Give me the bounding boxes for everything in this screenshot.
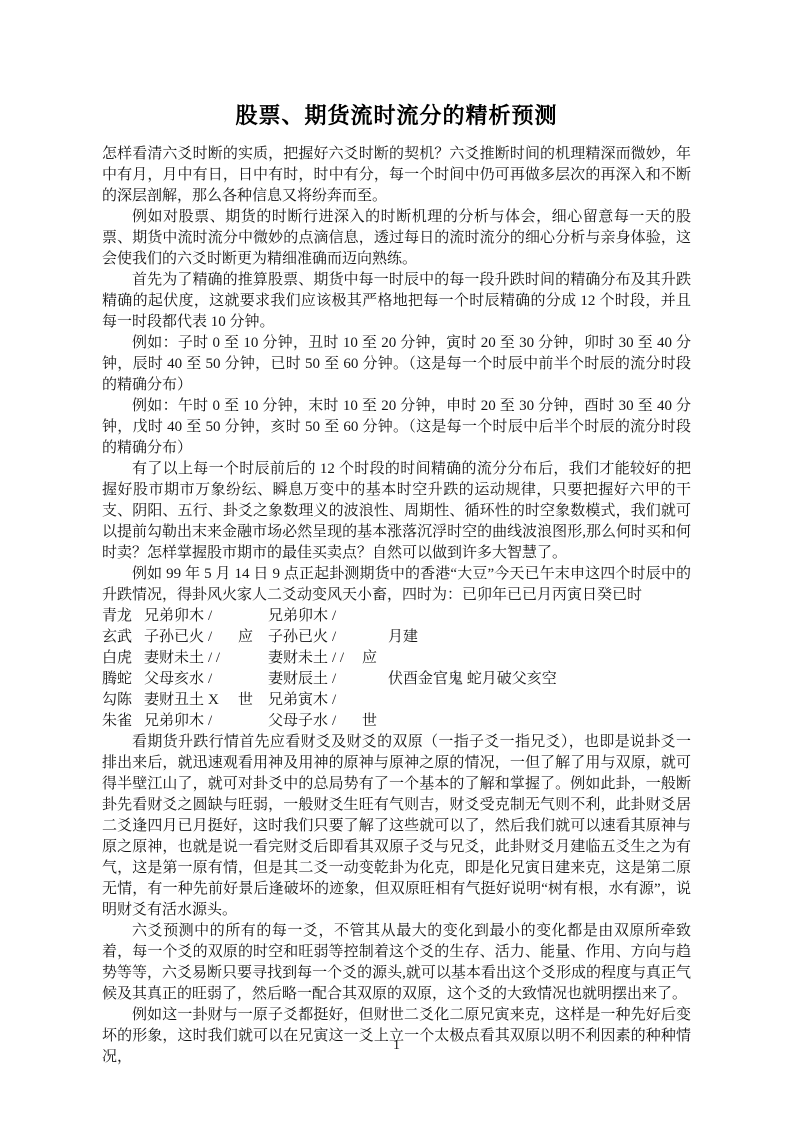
main-line-symbol: / [208,627,238,648]
line-annotation [388,690,691,711]
line-annotation: 伏酉金官鬼 蛇月破父亥空 [388,669,691,690]
changed-line-marker [362,669,388,690]
main-line-label: 兄弟卯木 [144,606,208,627]
changed-line-marker [362,627,388,648]
main-line-marker [238,711,268,732]
document-body: 怎样看清六爻时断的实质，把握好六爻时断的契机？六爻推断时间的机理精深而微妙，年中… [102,144,691,1068]
document-page: 股票、期货流时流分的精析预测 怎样看清六爻时断的实质，把握好六爻时断的契机？六爻… [0,0,793,1122]
paragraph-market-patterns: 有了以上每一个时辰前后的 12 个时段的时间精确的流分分布后，我们才能较好的把握… [102,459,691,564]
changed-line-label: 子孙已火 [268,627,332,648]
changed-line-symbol: / / [332,648,362,669]
document-title: 股票、期货流时流分的精析预测 [102,101,691,131]
hexagram-row: 腾蛇 父母亥水 / 妻财辰土 / 伏酉金官鬼 蛇月破父亥空 [102,669,691,690]
paragraph-first-half-hours: 例如：子时 0 至 10 分钟，丑时 10 至 20 分钟，寅时 20 至 30… [102,333,691,396]
main-line-label: 妻财未土 [144,648,208,669]
paragraph-wealth-line-analysis: 看期货升跌行情首先应看财爻及财爻的双原（一指子爻一指兄爻），也即是说卦爻一排出来… [102,732,691,921]
main-line-marker [238,648,268,669]
six-god-label: 青龙 [102,606,144,627]
main-line-label: 子孙已火 [144,627,208,648]
main-line-symbol: / [208,711,238,732]
changed-line-label: 兄弟卯木 [268,606,332,627]
main-line-symbol: / [208,669,238,690]
hexagram-row: 青龙 兄弟卯木 / 兄弟卯木 / [102,606,691,627]
line-annotation [388,648,691,669]
changed-line-marker: 应 [362,648,388,669]
main-line-label: 妻财丑土 [144,690,208,711]
changed-line-symbol: / [332,669,362,690]
changed-line-symbol: / [332,627,362,648]
main-line-marker [238,606,268,627]
main-line-symbol: / / [208,648,238,669]
six-god-label: 白虎 [102,648,144,669]
changed-line-label: 妻财辰土 [268,669,332,690]
changed-line-symbol: / [332,606,362,627]
line-annotation [388,606,691,627]
changed-line-symbol: / [332,690,362,711]
hexagram-row: 朱雀 兄弟卯木 / 父母子水 / 世 [102,711,691,732]
changed-line-marker [362,690,388,711]
main-line-label: 父母亥水 [144,669,208,690]
six-god-label: 朱雀 [102,711,144,732]
paragraph-intro: 怎样看清六爻时断的实质，把握好六爻时断的契机？六爻推断时间的机理精深而微妙，年中… [102,144,691,207]
paragraph-dual-origin-theory: 六爻预测中的所有的每一爻，不管其从最大的变化到最小的变化都是由双原所牵致着，每一… [102,921,691,1005]
six-god-label: 腾蛇 [102,669,144,690]
main-line-symbol: X [208,690,238,711]
hexagram-chart: 青龙 兄弟卯木 / 兄弟卯木 / 玄武 子孙已火 / 应 子孙已火 / 月建 [102,606,691,732]
changed-line-marker [362,606,388,627]
changed-line-label: 父母子水 [268,711,332,732]
hexagram-row: 玄武 子孙已火 / 应 子孙已火 / 月建 [102,627,691,648]
main-line-label: 兄弟卯木 [144,711,208,732]
paragraph-twelve-segments: 首先为了精确的推算股票、期货中每一时辰中的每一段升跌时间的精确分布及其升跌精确的… [102,270,691,333]
paragraph-second-half-hours: 例如：午时 0 至 10 分钟，末时 10 至 20 分钟，申时 20 至 30… [102,396,691,459]
six-god-label: 玄武 [102,627,144,648]
six-god-label: 勾陈 [102,690,144,711]
changed-line-label: 妻财未土 [268,648,332,669]
line-annotation: 月建 [388,627,691,648]
paragraph-hk-soybean-case: 例如 99 年 5 月 14 日 9 点正起卦测期货中的香港“大豆”今天已午末申… [102,564,691,606]
main-line-symbol: / [208,606,238,627]
page-number: 1 [0,1036,793,1056]
changed-line-label: 兄弟寅木 [268,690,332,711]
main-line-marker: 世 [238,690,268,711]
main-line-marker [238,669,268,690]
changed-line-marker: 世 [362,711,388,732]
line-annotation [388,711,691,732]
hexagram-row: 勾陈 妻财丑土 X 世 兄弟寅木 / [102,690,691,711]
main-line-marker: 应 [238,627,268,648]
changed-line-symbol: / [332,711,362,732]
hexagram-row: 白虎 妻财未土 / / 妻财未土 / / 应 [102,648,691,669]
paragraph-example-daily: 例如对股票、期货的时断行进深入的时断机理的分析与体会，细心留意每一天的股票、期货… [102,207,691,270]
